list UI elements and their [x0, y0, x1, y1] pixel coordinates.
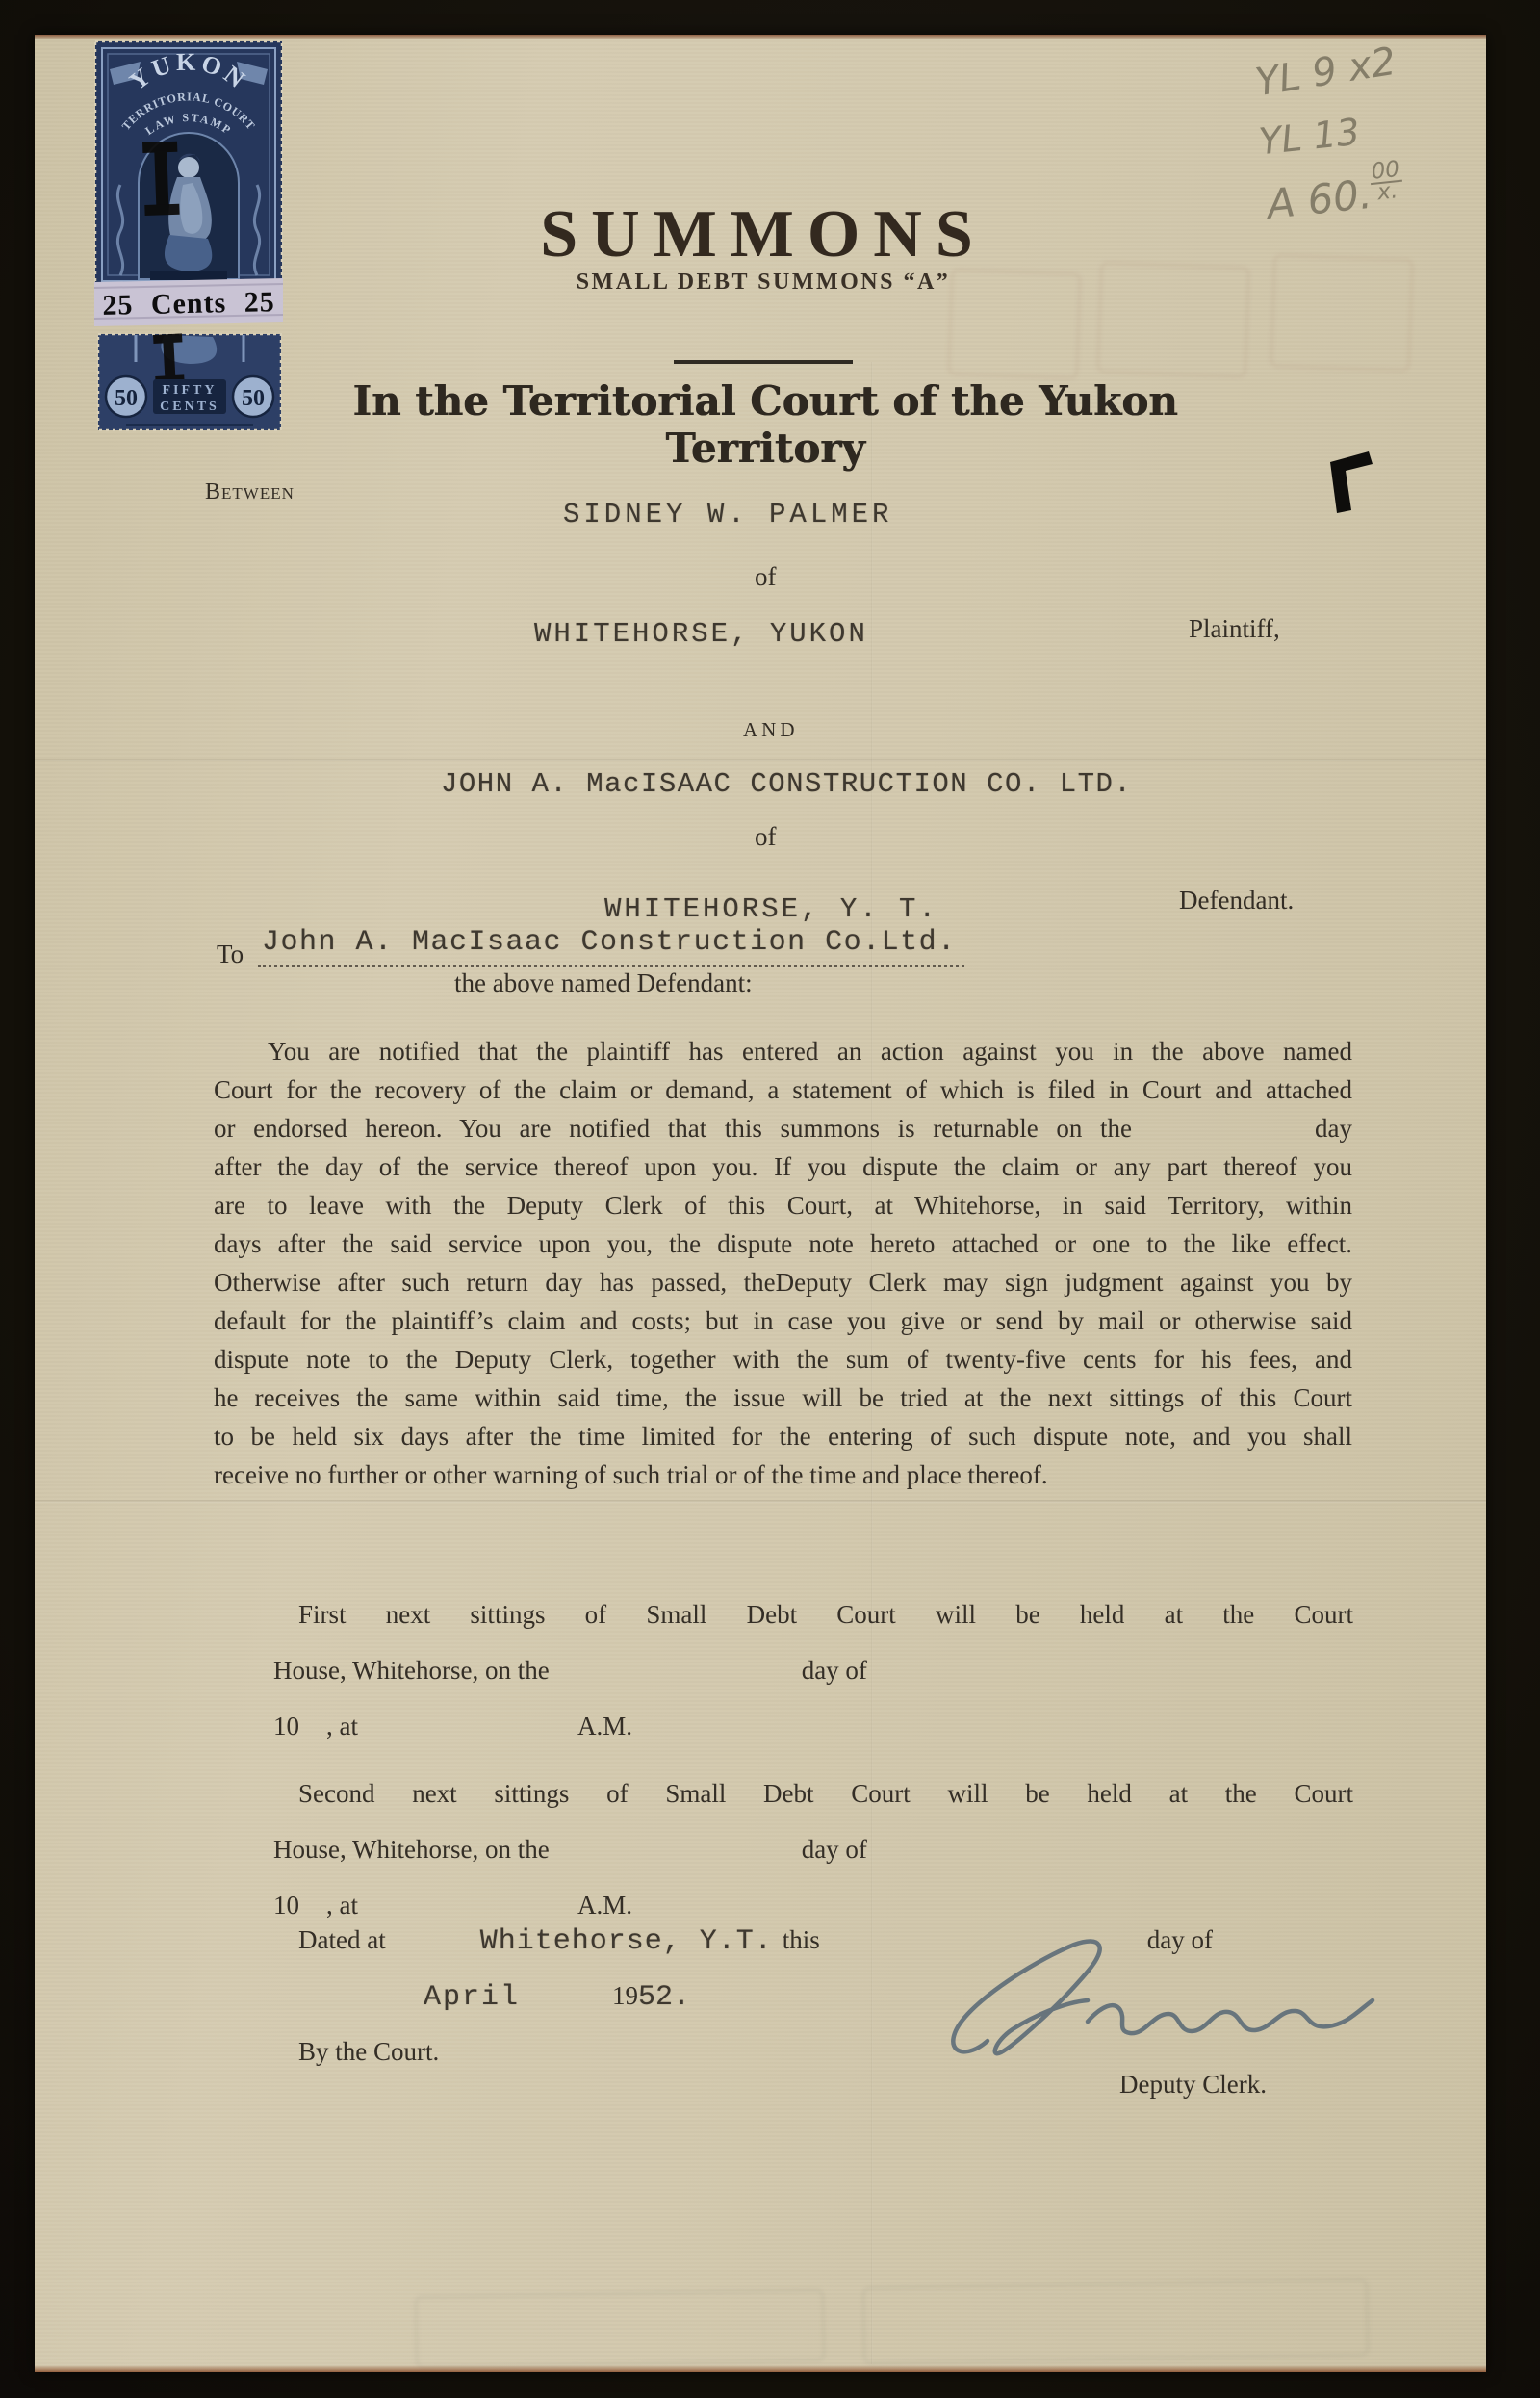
ink-check-mark	[1324, 447, 1376, 518]
year-prefix: 10	[273, 1712, 299, 1740]
to-suffix-label: the above named Defendant:	[454, 968, 753, 998]
plaintiff-role-label: Plaintiff,	[1189, 614, 1280, 644]
dated-at-label: Dated at	[298, 1925, 386, 1954]
second-sittings-intro: Second next sittings of Small Debt Court…	[298, 1779, 1353, 1809]
deputy-clerk-signature	[912, 1933, 1394, 2077]
stamp-25c-band-text: 25 Cents 25	[102, 286, 275, 322]
notice-paragraph: You are notified that the plaintiff has …	[214, 1032, 1352, 1494]
between-label: Between	[205, 479, 295, 505]
month-typed: April	[423, 1981, 520, 2014]
body-line: default for the plaintiff’s claim and co…	[214, 1302, 1352, 1340]
of-label-2: of	[755, 822, 777, 852]
stamp-50c-right-numeral: 50	[242, 386, 265, 411]
am-label: A.M.	[577, 1891, 632, 1920]
second-sittings-time-line: 10, atA.M.	[273, 1891, 632, 1921]
body-line-3-after: day	[1315, 1114, 1352, 1143]
to-defendant-name: John A. MacIsaac Construction Co.Ltd.	[258, 926, 964, 967]
pencil-note-3: A 60.00x.	[1264, 161, 1405, 228]
fold-crease-top	[35, 759, 1486, 761]
revenue-stamp-25c: YUKON TERRITORIAL COURT LAW STAMP	[94, 40, 283, 334]
body-line: receive no further or other warning of s…	[214, 1456, 1352, 1494]
pencil-note-2: YL 13	[1257, 111, 1362, 164]
stamp-50c-left-numeral: 50	[115, 386, 138, 411]
body-line: he receives the same within said time, t…	[214, 1379, 1352, 1417]
at-label: , at	[326, 1891, 358, 1920]
this-label: this	[783, 1925, 820, 1954]
house-prefix: House, Whitehorse, on the	[273, 1656, 550, 1685]
first-sittings-house-line: House, Whitehorse, on theday of	[273, 1656, 867, 1686]
of-label-1: of	[755, 562, 777, 592]
revenue-stamp-50c: 50 50 FIFTY CENTS	[97, 333, 282, 436]
body-line: to be held six days after the time limit…	[214, 1417, 1352, 1456]
defendant-place: WHITEHORSE, Y. T.	[604, 893, 938, 925]
and-label: AND	[743, 718, 799, 742]
court-heading: In the Territorial Court of the Yukon Te…	[284, 377, 1246, 472]
deputy-clerk-label: Deputy Clerk.	[1119, 2070, 1267, 2100]
plaintiff-name: SIDNEY W. PALMER	[563, 499, 892, 530]
document-subtitle: SMALL DEBT SUMMONS “A”	[378, 270, 1148, 296]
body-line: Court for the recovery of the claim or d…	[214, 1070, 1352, 1109]
pencil-note-3-sub: x.	[1371, 181, 1404, 203]
body-line: days after the said service upon you, th…	[214, 1225, 1352, 1263]
body-line: are to leave with the Deputy Clerk of th…	[214, 1186, 1352, 1225]
body-line: or endorsed hereon. You are notified tha…	[214, 1109, 1352, 1147]
defendant-role-label: Defendant.	[1179, 886, 1294, 915]
stamp-50c-label-bottom: CENTS	[160, 400, 219, 414]
scanned-document-photo: YUKON TERRITORIAL COURT LAW STAMP	[0, 0, 1540, 2398]
header-divider-rule	[674, 360, 853, 364]
stamp-figure-drape	[165, 235, 212, 271]
year-typed: 52.	[638, 1981, 690, 2014]
month-year-line: April1952.	[423, 1981, 690, 2014]
stamp-50c-label-top: FIFTY	[163, 383, 218, 398]
bleed-through-mark	[1270, 253, 1414, 372]
to-label: To	[217, 940, 244, 969]
defendant-name: JOHN A. MacISAAC CONSTRUCTION CO. LTD.	[441, 768, 1132, 800]
first-sittings-intro: First next sittings of Small Debt Court …	[298, 1600, 1353, 1630]
dated-place: Whitehorse, Y.T.	[480, 1925, 773, 1958]
first-sittings-time-line: 10, atA.M.	[273, 1712, 632, 1741]
bleed-through-mark	[861, 2278, 1369, 2364]
house-prefix: House, Whitehorse, on the	[273, 1835, 550, 1864]
stamp-25c-surcharge-band: 25 Cents 25	[94, 278, 283, 326]
bleed-through-mark	[414, 2288, 825, 2368]
body-line: Otherwise after such return day has pass…	[214, 1263, 1352, 1302]
pencil-note-3-main: A 60.	[1265, 170, 1373, 228]
fold-crease-bottom	[35, 1500, 1486, 1503]
day-of-label: day of	[802, 1835, 867, 1864]
second-sittings-house-line: House, Whitehorse, on theday of	[273, 1835, 867, 1865]
pencil-note-1: YL 9 x2	[1252, 39, 1399, 105]
day-of-label: day of	[802, 1656, 867, 1685]
body-line: You are notified that the plaintiff has …	[214, 1032, 1352, 1070]
at-label: , at	[326, 1712, 358, 1740]
year-prefix: 10	[273, 1891, 299, 1920]
am-label: A.M.	[577, 1712, 632, 1740]
year-printed: 19	[612, 1981, 638, 2010]
document-title: SUMMONS	[378, 196, 1148, 273]
plaintiff-place: WHITEHORSE, YUKON	[534, 618, 868, 650]
body-line: dispute note to the Deputy Clerk, togeth…	[214, 1340, 1352, 1379]
body-line-3-before: or endorsed hereon. You are notified tha…	[214, 1114, 1132, 1143]
by-the-court-label: By the Court.	[298, 2037, 439, 2067]
body-line: after the day of the service thereof upo…	[214, 1147, 1352, 1186]
summons-paper: YUKON TERRITORIAL COURT LAW STAMP	[35, 35, 1486, 2372]
